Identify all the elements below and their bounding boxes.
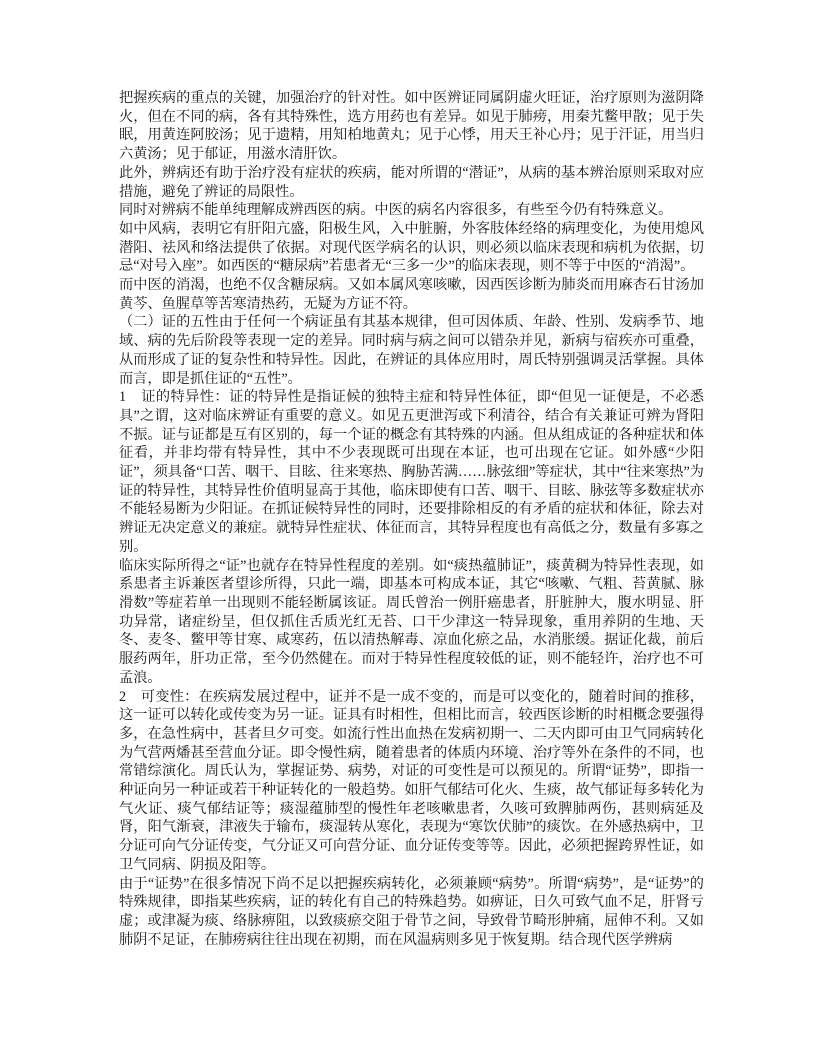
paragraph: 把握疾病的重点的关键，加强治疗的针对性。如中医辨证同属阴虚火旺证，治疗原则为滋阴… bbox=[119, 89, 704, 164]
paragraph: 临床实际所得之“证”也就存在特异性程度的差别。如“痰热蕴肺证”，痰黄稠为特异性表… bbox=[119, 557, 704, 688]
paragraph: （二）证的五性由于任何一个病证虽有其基本规律，但可因体质、年龄、性别、发病季节、… bbox=[119, 313, 704, 388]
paragraph: 1 证的特异性：证的特异性是指证候的独特主症和特异性体征，即“但见一证便是，不必… bbox=[119, 388, 704, 556]
document-text-body: 把握疾病的重点的关键，加强治疗的针对性。如中医辨证同属阴虚火旺证，治疗原则为滋阴… bbox=[119, 89, 704, 949]
paragraph: 如中风病，表明它有肝阳亢盛，阳极生风，入中脏腑，外客肢体经络的病理变化，为使用熄… bbox=[119, 220, 704, 276]
paragraph: 由于“证势”在很多情况下尚不足以把握疾病转化，必须兼顾“病势”。所谓“病势”，是… bbox=[119, 875, 704, 950]
paragraph: 此外，辨病还有助于治疗没有症状的疾病，能对所谓的“潜证”，从病的基本辨治原则采取… bbox=[119, 164, 704, 201]
document-page: 把握疾病的重点的关键，加强治疗的针对性。如中医辨证同属阴虚火旺证，治疗原则为滋阴… bbox=[0, 0, 816, 1056]
paragraph: 而中医的消渴，也绝不仅含糖尿病。又如本属风寒咳嗽，因西医诊断为肺炎而用麻杏石甘汤… bbox=[119, 276, 704, 313]
paragraph: 2 可变性：在疾病发展过程中，证并不是一成不变的，而是可以变化的，随着时间的推移… bbox=[119, 688, 704, 875]
paragraph: 同时对辨病不能单纯理解成辨西医的病。中医的病名内容很多，有些至今仍有特殊意义。 bbox=[119, 201, 704, 220]
